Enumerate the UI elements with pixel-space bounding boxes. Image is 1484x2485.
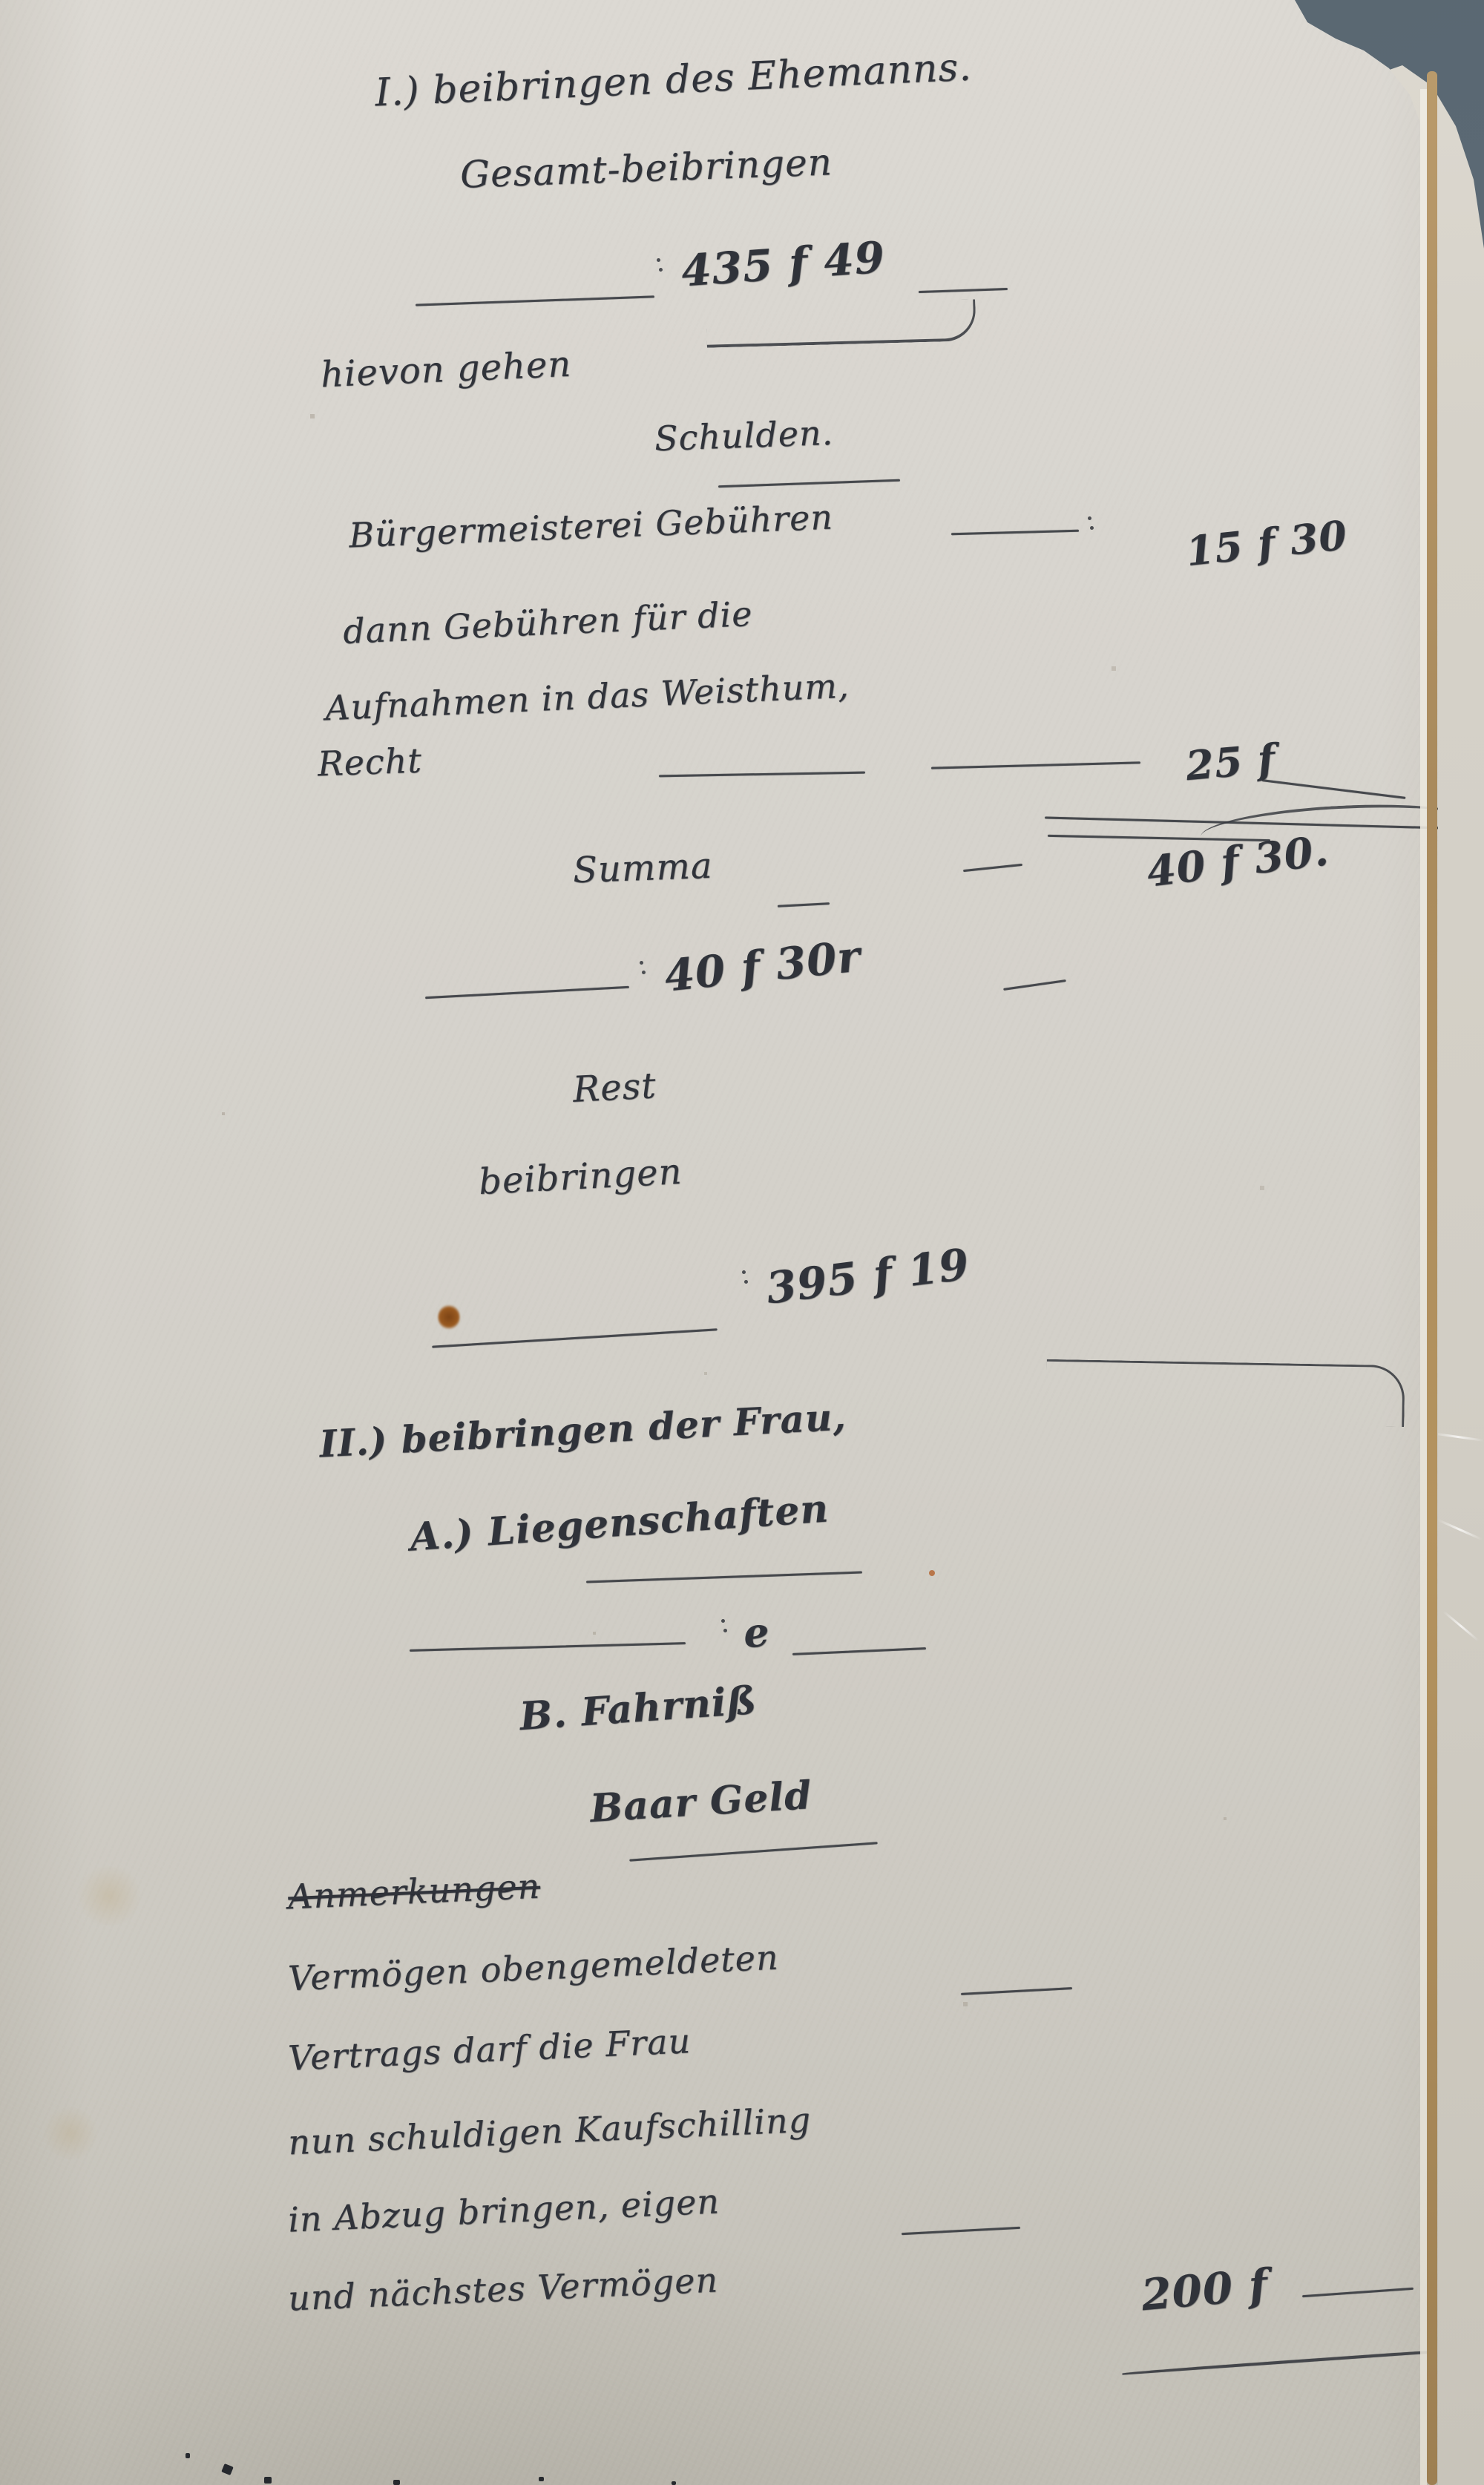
- ink-colon-mark: [657, 258, 660, 262]
- section2-a-value: e: [742, 1608, 772, 1657]
- ink-colon-mark: [721, 1619, 725, 1623]
- pale-stain: [74, 1866, 145, 1926]
- cutoff-text-mark: [672, 2481, 676, 2485]
- ink-flourish: [706, 299, 976, 347]
- deduction-heading: Schulden.: [654, 413, 834, 459]
- rust-speck: [929, 1570, 935, 1576]
- ink-colon-mark: [1088, 516, 1091, 520]
- manuscript-photo: I.) beibringen des Ehemanns. Gesamt-beib…: [0, 0, 1484, 2485]
- cutoff-text-mark: [393, 2480, 400, 2485]
- cutoff-text-mark: [539, 2477, 544, 2481]
- cutoff-text-mark: [185, 2453, 190, 2458]
- debt-item2-line3: Recht: [317, 741, 423, 784]
- page-edge: [1427, 71, 1437, 2485]
- manuscript-page: I.) beibringen des Ehemanns. Gesamt-beib…: [0, 0, 1484, 2485]
- page-edge-highlight: [1420, 89, 1427, 2485]
- rust-stain: [438, 1304, 460, 1330]
- paper-crease: [1432, 1432, 1484, 1442]
- paper-fibers: [0, 0, 1, 1]
- paper-crease: [1437, 1519, 1483, 1540]
- paper-crease: [1442, 1610, 1479, 1641]
- ink-bracket-flourish: [1045, 1359, 1405, 1427]
- ink-colon-mark: [742, 1270, 746, 1274]
- pale-stain: [41, 2107, 100, 2159]
- summa-label: Summa: [572, 845, 713, 892]
- ink-colon-mark: [640, 961, 643, 965]
- rest-label: Rest: [572, 1065, 657, 1111]
- cutoff-text-mark: [264, 2477, 272, 2484]
